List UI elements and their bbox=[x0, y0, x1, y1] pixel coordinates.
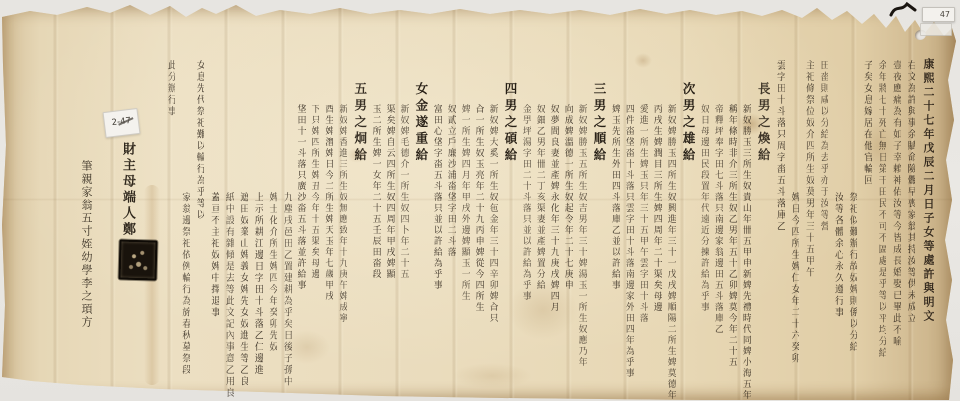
text-column: 帝釋坪奉字田七斗落只南邊家翁邊田五斗落庫乙 bbox=[713, 44, 723, 400]
section-header-column: 四男之碩給 bbox=[503, 44, 517, 400]
section-header-column: 女金遂重給 bbox=[414, 44, 428, 400]
text-column: 祭祀似難辦行故奴婢則係以分給 bbox=[846, 44, 857, 400]
section-header-column: 五男之炯給 bbox=[352, 44, 366, 400]
text-column: 婢士化介所生婢四今年癸卯先奴 bbox=[266, 44, 277, 400]
text-column: 奴夢間良妻並產婢永化年三十九庚戌婢四月 bbox=[548, 44, 558, 400]
text-column: 垡田十一斗落只廣沙畓五斗落並許給事 bbox=[295, 44, 305, 400]
text-column: 酉生婢潛婢日今二所生婢天玉年七歲甲戌 bbox=[323, 44, 333, 400]
text-column: 奴鈿乙男年卌二丁亥渠妻並產婢置分給 bbox=[534, 44, 544, 400]
stain bbox=[144, 185, 160, 385]
text-column: 九塵戌邑田乙置建耕為乎矣日後子孫中 bbox=[281, 44, 292, 400]
text-column: 玉二所生婢一女年二十五壬辰田畓段 bbox=[370, 44, 380, 400]
text-column: 子矣女息嫁居在他官輪回 bbox=[861, 44, 872, 400]
text-column: 渠矣婢自云四所生奴四周年甲戌婢顯 bbox=[384, 44, 394, 400]
text-column: 新奴勝玉三所生奴貴山年卌五甲申新婢先禮時代同婢小海五年三十 bbox=[740, 44, 750, 400]
text-column: 愛進一所生婢玉只年三十五甲午雲字田十斗落 bbox=[637, 44, 647, 400]
text-columns: 康熙二十七年戊辰二月日子女等處許與明文右文為許與事余賦命險釁早喪家翁其持汝等供未… bbox=[161, 44, 934, 400]
text-column: 新奴婢毛德介一所生奴四卜年二十五 bbox=[398, 44, 408, 400]
scribe-column: 筆親家翁五寸姪幼學李之頊方 bbox=[78, 160, 94, 340]
text-column: 右文為許與事余賦命險釁早喪家翁其持汝等供未成立 bbox=[904, 44, 915, 400]
text-column: 蓋亘不主祀奴婢中擇退事 bbox=[208, 44, 219, 400]
text-column: 新奴婢勝玉四所生奴興進年三十一戊戌婢順陽二所生婢莫德年 bbox=[665, 44, 675, 400]
text-column: 下只婢四所生婢丑今年十五渠矣母邊 bbox=[309, 44, 319, 400]
text-column: 家翁邊祭祀依例輪行為旀春秋墓祭段 bbox=[179, 44, 190, 400]
text-column: 遮田奴業山婢義女婢先女奴進生等乙良 bbox=[237, 44, 248, 400]
section-header-column: 三男之順給 bbox=[592, 44, 606, 400]
text-column: 新奴婢香進三所生奴無應致年十九庚午婢成寧 bbox=[337, 44, 347, 400]
text-column: 汝等各體余心永久遵行事 bbox=[832, 44, 843, 400]
archive-tab-secondary bbox=[920, 23, 952, 36]
text-column: 奴日母邊田民段置年代遠近分揀許給為乎事 bbox=[699, 44, 709, 400]
text-column: 婢玉先所生外田四斗落庫乙並以許給事 bbox=[610, 44, 620, 400]
text-column: 丙戌生婢潤目三所生婢四周年二十渠矣母邊 bbox=[651, 44, 661, 400]
text-column: 紙中設有雜傾是去等此文記內事意乙用良 bbox=[223, 44, 234, 400]
seal-stamp bbox=[118, 240, 157, 281]
text-column: 女息先代祭祀難以輪行為乎等以 bbox=[194, 44, 205, 400]
text-column: 婢一所生婢四月年甲戌外邊婢顯玉一所生 bbox=[459, 44, 469, 400]
text-column: 田畓則咸以分給為去乎亦于汝等營 bbox=[817, 44, 828, 400]
text-column: 上示所耕江邊日字田十斗落乙仁邊進 bbox=[252, 44, 263, 400]
text-column: 富田心垡字畓五斗落只並以許給為乎事 bbox=[431, 44, 441, 400]
text-column: 稱年條時非介三所生奴乙男年五十乙卯婢莫今年二十五 bbox=[727, 44, 737, 400]
text-column: 奴貳立戶廉沙浦畓垡字田二斗落 bbox=[445, 44, 455, 400]
text-column: 壹夜應痛為有如子幸賴神佑汝等今皆成長婚娶已畢此不喻 bbox=[890, 44, 901, 400]
text-column: 婢日今四所生婢仁女年二十六癸卯 bbox=[788, 44, 799, 400]
section-header-column: 次男之雄給 bbox=[681, 44, 695, 400]
text-column: 新奴婢勝玉五所生奴吉男年三十婢湯玉一所生奴應乃年 bbox=[576, 44, 586, 400]
text-column: 新奴婢大奚一所生奴㐌金年三十四辛卯婢㒲只 bbox=[487, 44, 497, 400]
archive-sticker: 2-47 bbox=[103, 108, 141, 138]
archive-tab-label: 47 bbox=[922, 7, 955, 22]
text-column: 余年將七十死亡無日第干田民不可不區處是乎等以平均分給 bbox=[875, 44, 886, 400]
section-header-column: 長男之煥給 bbox=[756, 44, 770, 400]
text-column: 雲字田十斗落只周字畓五斗落庫乙 bbox=[774, 44, 785, 400]
text-column: 此分辦行事 bbox=[165, 44, 176, 400]
ink-mark bbox=[889, 1, 917, 19]
text-column: 四件畓垡畓十斗落只雲字田十斗落南邊家外田四年為乎事 bbox=[624, 44, 634, 400]
text-column: 向成婢溫德一所生奴起令年二十七庚申 bbox=[562, 44, 572, 400]
text-column: 㒲一所生奴玉亮年二十九丙申婢從今四所生 bbox=[473, 44, 483, 400]
text-column: 康熙二十七年戊辰二月日子女等處許與明文 bbox=[921, 44, 934, 400]
text-column: 主祀條祭位奴介四所生奴莫男年三十五甲午 bbox=[803, 44, 814, 400]
text-column: 金甼坪湯字田二十斗落只並以許給為乎事 bbox=[521, 44, 531, 400]
